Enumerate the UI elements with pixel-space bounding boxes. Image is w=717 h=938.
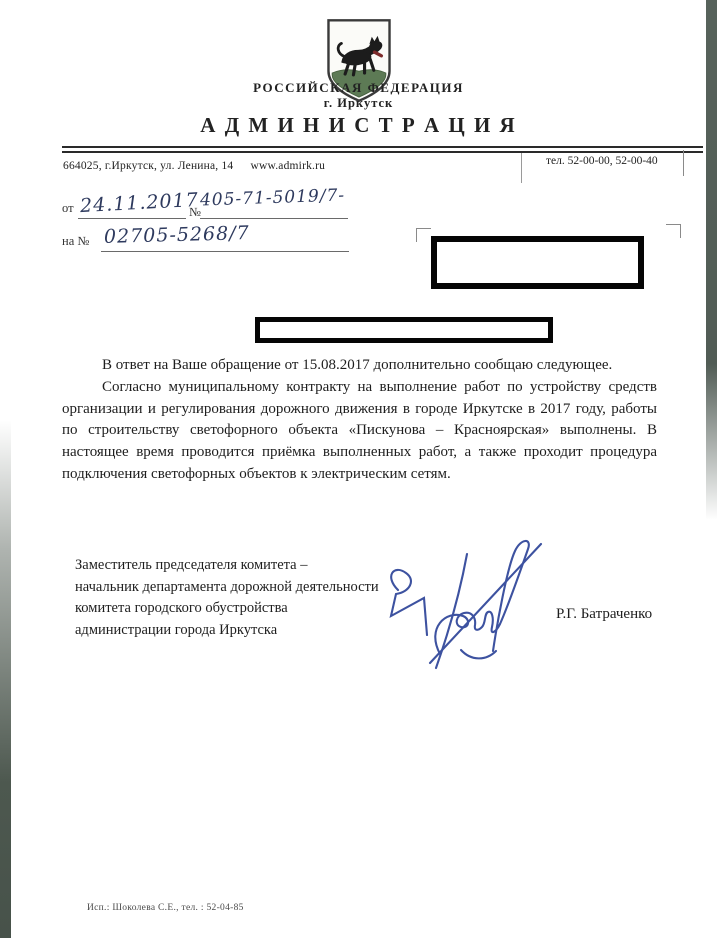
- executor-line: Исп.: Шоколева С.Е., тел. : 52-04-85: [87, 903, 244, 913]
- letter-body: В ответ на Ваше обращение от 15.08.2017 …: [62, 355, 657, 486]
- letterhead-city: г. Иркутск: [0, 96, 717, 111]
- body-paragraph-2: Согласно муниципальному контракту на вып…: [62, 377, 657, 486]
- signer-position-line-2: начальник департамента дорожной деятельн…: [75, 577, 379, 599]
- address-divider-line: [521, 153, 522, 183]
- corner-mark-top-right: [666, 224, 681, 238]
- website-text: www.admirk.ru: [250, 160, 325, 172]
- signer-position-line-1: Заместитель председателя комитета –: [75, 555, 379, 577]
- phone-divider-line: [683, 150, 684, 176]
- handwritten-outgoing-number: 405-71-5019/7-: [200, 185, 346, 210]
- ref-from-label: от: [62, 201, 74, 216]
- date-underline: [78, 218, 186, 219]
- ref-reply-label: на №: [62, 234, 89, 249]
- redaction-box-addressee: [431, 236, 644, 289]
- letterhead-address: 664025, г.Иркутск, ул. Ленина, 14 www.ad…: [63, 160, 325, 172]
- reply-underline: [101, 251, 349, 252]
- handwritten-date: 24.11.2017: [80, 189, 200, 217]
- signer-position-block: Заместитель председателя комитета – нача…: [75, 555, 379, 641]
- letterhead-org-title: А Д М И Н И С Т Р А Ц И Я: [0, 113, 717, 138]
- handwritten-incoming-number: 02705-5268/7: [104, 222, 250, 248]
- redaction-box-subject: [255, 317, 553, 343]
- signer-position-line-4: администрации города Иркутска: [75, 620, 379, 642]
- scanned-letter-page: РОССИЙСКАЯ ФЕДЕРАЦИЯ г. Иркутск А Д М И …: [0, 0, 717, 938]
- letterhead-country: РОССИЙСКАЯ ФЕДЕРАЦИЯ: [0, 80, 717, 96]
- number-underline: [200, 218, 348, 219]
- body-paragraph-1: В ответ на Ваше обращение от 15.08.2017 …: [62, 355, 657, 377]
- scan-edge-left: [0, 420, 11, 938]
- letterhead-phone: тел. 52-00-00, 52-00-40: [546, 155, 658, 167]
- corner-mark-top-left: [416, 228, 431, 242]
- signer-position-line-3: комитета городского обустройства: [75, 598, 379, 620]
- letterhead-double-rule: [62, 146, 703, 153]
- signature-scribble-icon: [368, 532, 573, 677]
- signer-name: Р.Г. Батраченко: [556, 606, 652, 623]
- scan-edge-right: [706, 0, 717, 520]
- address-text: 664025, г.Иркутск, ул. Ленина, 14: [63, 160, 233, 172]
